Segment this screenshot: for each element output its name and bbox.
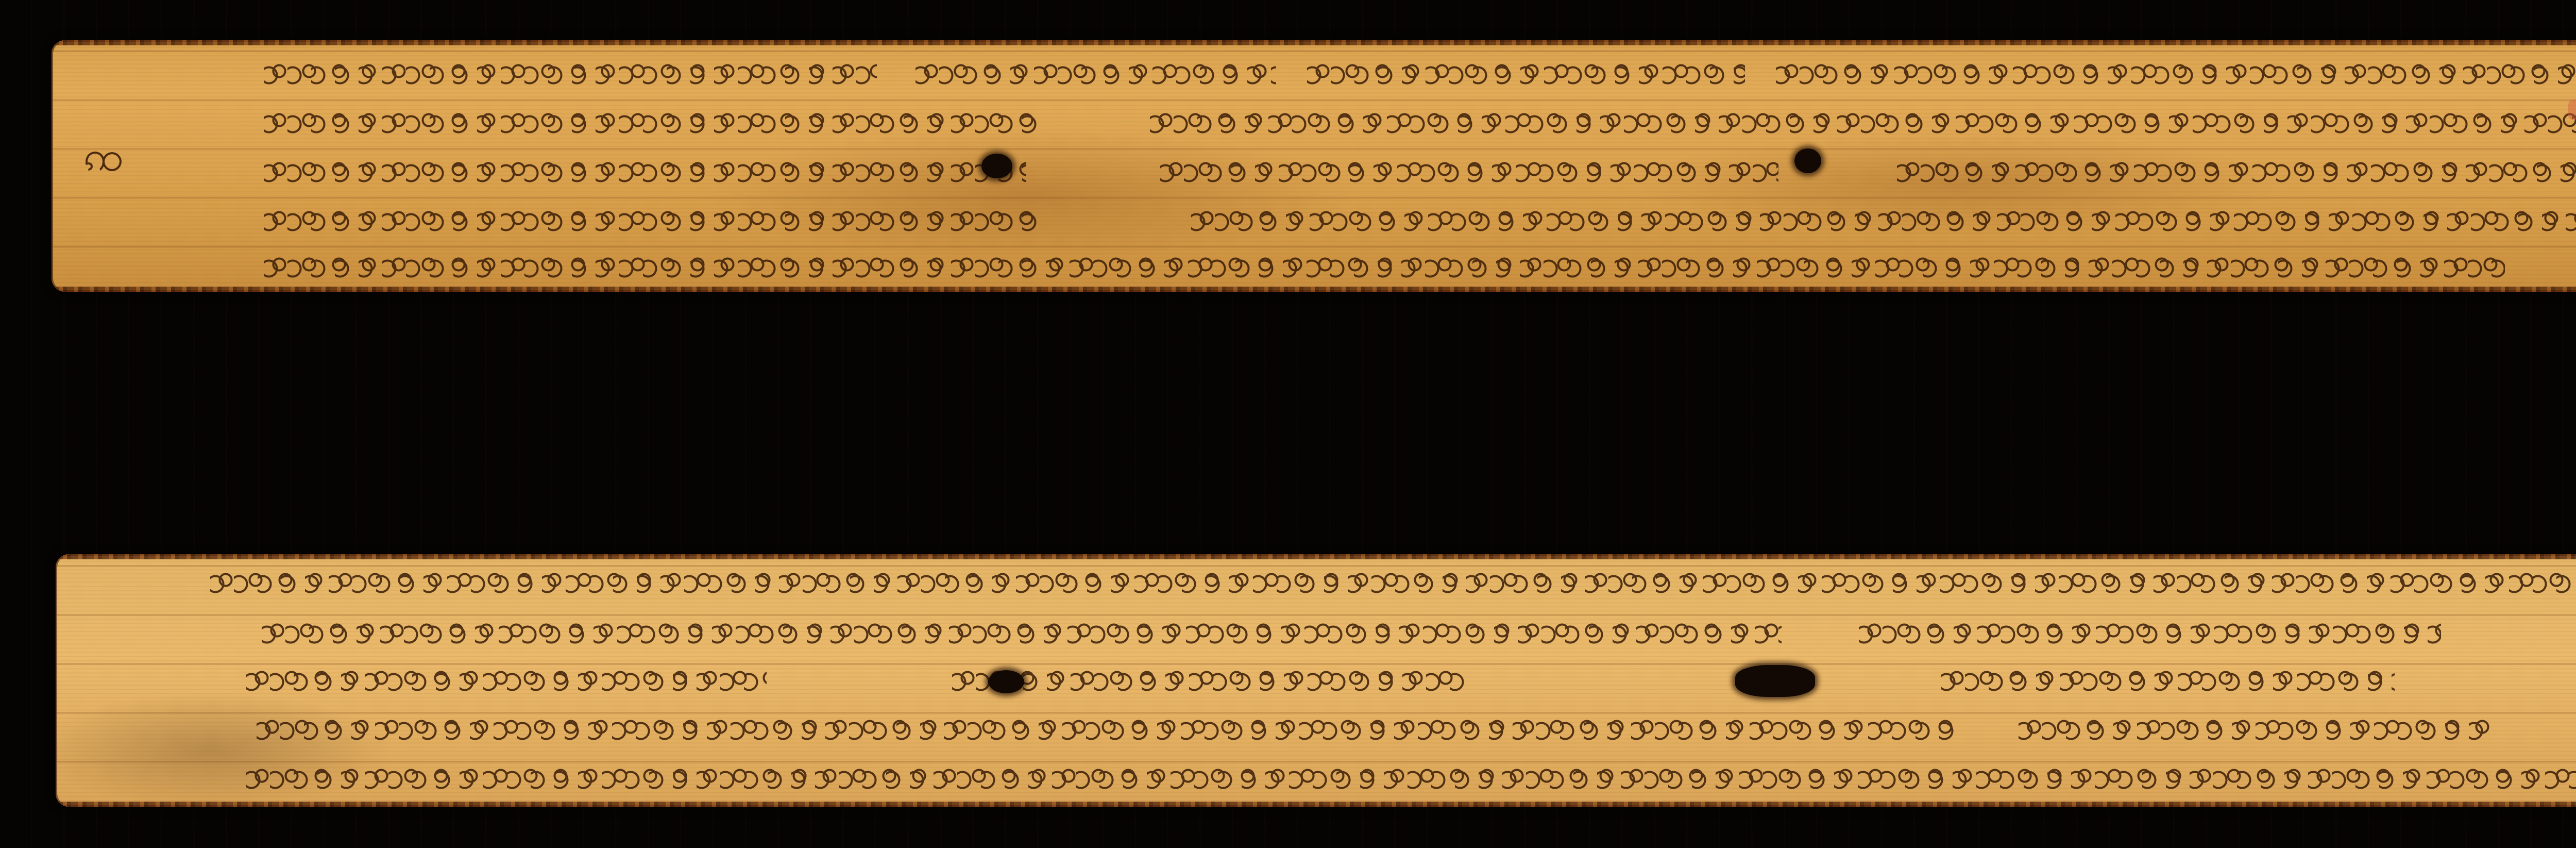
script-line-1 <box>210 564 2576 598</box>
script-line-4 <box>264 203 2576 237</box>
ruling-line <box>52 246 2576 247</box>
script-line-2 <box>264 105 2576 139</box>
ruling-line <box>52 51 2576 52</box>
script-line-5 <box>246 760 2576 794</box>
script-line-3 <box>246 662 2395 696</box>
palm-leaf-bottom <box>56 554 2576 807</box>
script-line-1 <box>264 56 2576 90</box>
leaf-edge-bottom <box>52 287 2576 292</box>
string-hole-left <box>981 154 1012 178</box>
script-line-2 <box>262 615 2441 649</box>
leaf-edge-top <box>52 40 2576 45</box>
folio-numeral: ꩡ <box>83 130 123 191</box>
script-line-3 <box>264 154 2576 188</box>
ruling-line <box>52 99 2576 101</box>
string-hole-right <box>1794 148 1821 173</box>
leaf-edge-bottom <box>56 802 2576 807</box>
red-stain <box>2568 99 2576 120</box>
palm-leaf-top: ꩡ <box>52 40 2576 292</box>
string-hole-left <box>988 670 1024 693</box>
ruling-line <box>52 197 2576 198</box>
script-line-4 <box>257 711 2493 745</box>
leaf-edge-top <box>56 554 2576 559</box>
string-hole-right <box>1735 665 1815 697</box>
script-line-5 <box>264 249 2505 283</box>
ruling-line <box>52 148 2576 149</box>
